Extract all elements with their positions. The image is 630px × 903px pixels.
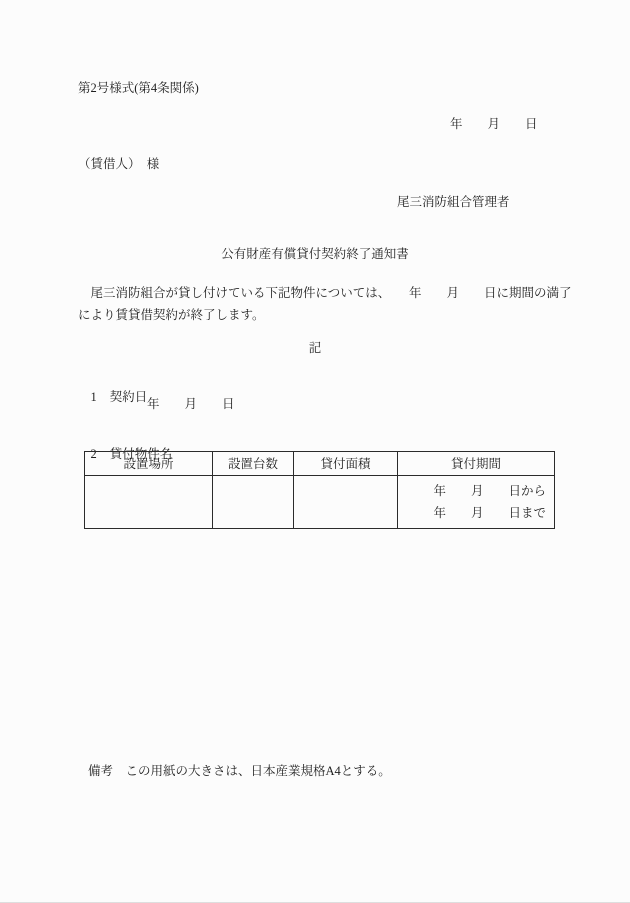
document-title: 公有財産有償貸付契約終了通知書 — [0, 246, 630, 262]
period-to-line: 年 月 日まで — [398, 502, 554, 524]
table-header-units: 設置台数 — [213, 452, 294, 476]
contract-date-line: 年 月 日 — [147, 396, 235, 412]
table-header-area: 貸付面積 — [294, 452, 398, 476]
table-cell-units — [213, 476, 294, 529]
table-cell-location — [85, 476, 213, 529]
table-header-row: 設置場所 設置台数 貸付面積 貸付期間 — [85, 452, 555, 476]
table-cell-area — [294, 476, 398, 529]
property-table: 設置場所 設置台数 貸付面積 貸付期間 年 月 日から 年 月 日まで — [84, 451, 555, 529]
section-1-number: 1 — [91, 390, 97, 404]
record-marker: 記 — [0, 340, 630, 356]
table-row: 年 月 日から 年 月 日まで — [85, 476, 555, 529]
table-header-period: 貸付期間 — [398, 452, 555, 476]
sender-line: 尾三消防組合管理者 — [397, 194, 510, 210]
body-paragraph-line-1: 尾三消防組合が貸し付けている下記物件については、 年 月 日に期間の満了 — [78, 285, 572, 301]
note-line: 備考 この用紙の大きさは、日本産業規格A4とする。 — [88, 763, 391, 779]
table-header-location: 設置場所 — [85, 452, 213, 476]
section-1-heading: 1契約日 — [78, 373, 147, 421]
document-page: 第2号様式(第4条関係) 年 月 日 （賃借人） 様 尾三消防組合管理者 公有財… — [0, 0, 630, 903]
section-1-label: 契約日 — [110, 390, 148, 404]
period-from-line: 年 月 日から — [398, 480, 554, 502]
addressee-line: （賃借人） 様 — [78, 156, 159, 172]
body-paragraph-line-2: により賃貸借契約が終了します。 — [78, 307, 265, 323]
form-number: 第2号様式(第4条関係) — [78, 80, 199, 96]
table-cell-period: 年 月 日から 年 月 日まで — [398, 476, 555, 529]
issue-date-line: 年 月 日 — [450, 116, 538, 132]
